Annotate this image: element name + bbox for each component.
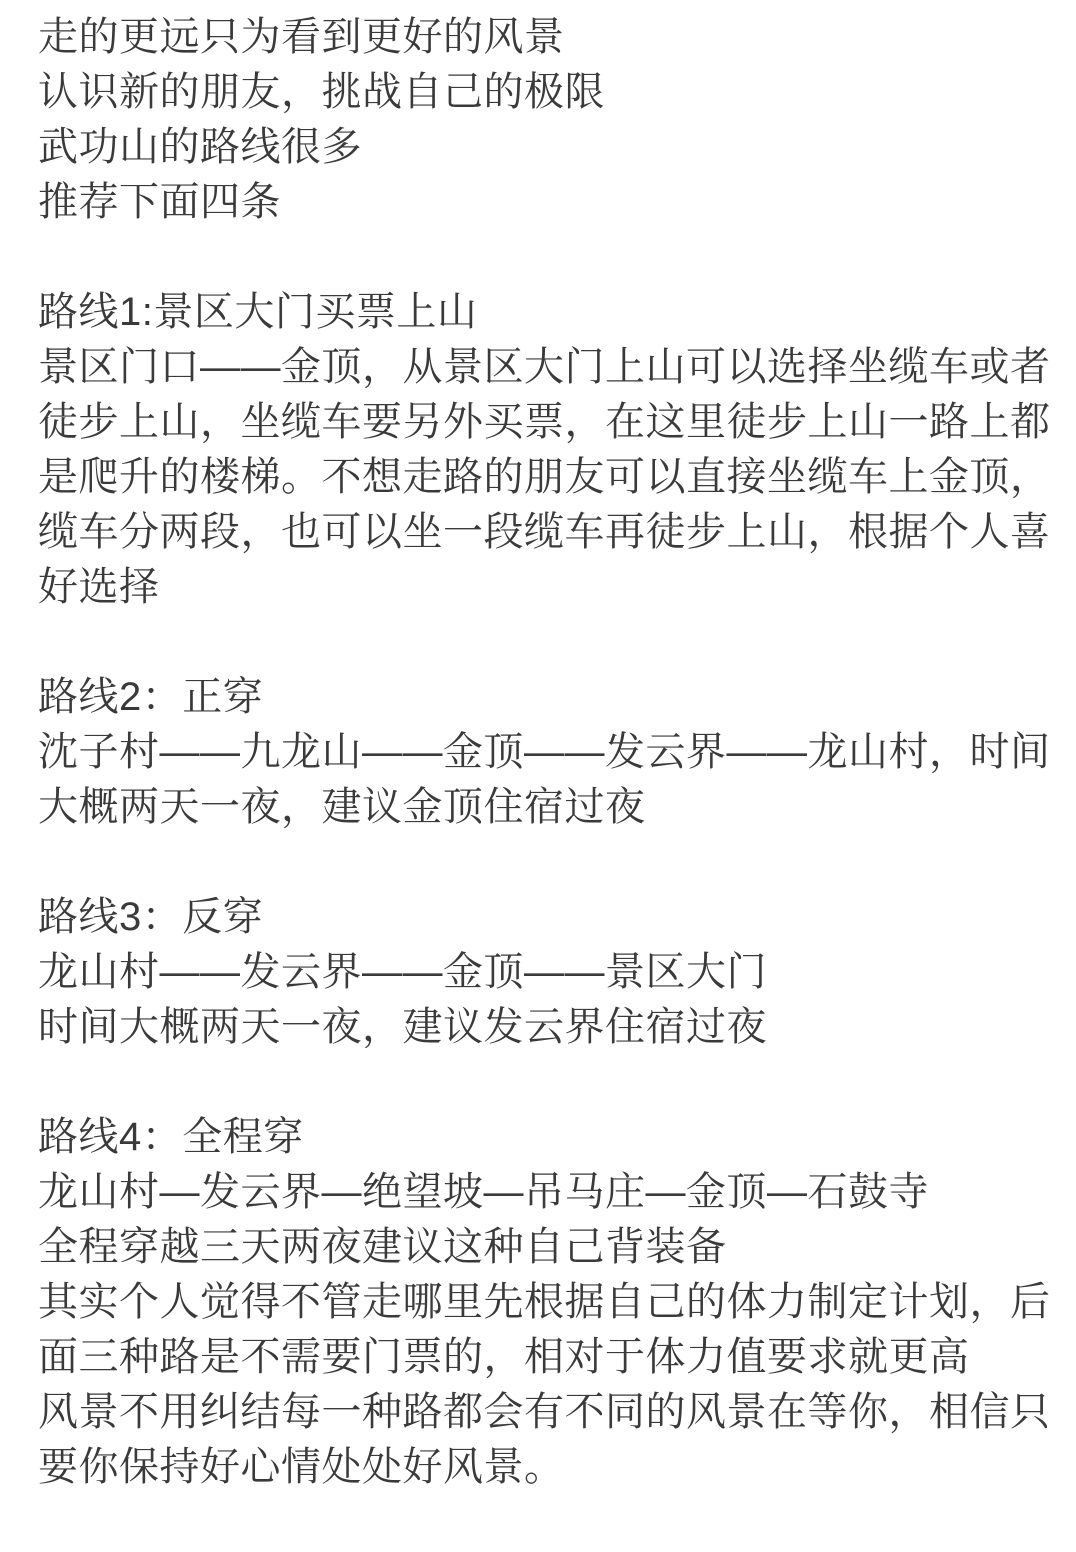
text-line: 沈子村——九龙山——金顶——发云界——龙山村，时间	[38, 725, 1040, 780]
route-section: 路线3：反穿龙山村——发云界——金顶——景区大门时间大概两天一夜，建议发云界住宿…	[38, 890, 1040, 1055]
text-line: 认识新的朋友，挑战自己的极限	[38, 65, 1040, 120]
text-line: 面三种路是不需要门票的，相对于体力值要求就更高	[38, 1330, 1040, 1385]
intro-paragraph: 走的更远只为看到更好的风景认识新的朋友，挑战自己的极限武功山的路线很多推荐下面四…	[38, 10, 1040, 230]
text-line: 推荐下面四条	[38, 175, 1040, 230]
text-line: 大概两天一夜，建议金顶住宿过夜	[38, 780, 1040, 835]
route-heading: 路线3：反穿	[38, 890, 1040, 945]
route-sections: 路线1:景区大门买票上山景区门口——金顶，从景区大门上山可以选择坐缆车或者徒步上…	[38, 285, 1040, 1275]
text-line: 景区门口——金顶，从景区大门上山可以选择坐缆车或者	[38, 340, 1040, 395]
route-heading: 路线1:景区大门买票上山	[38, 285, 1040, 340]
route-section: 路线1:景区大门买票上山景区门口——金顶，从景区大门上山可以选择坐缆车或者徒步上…	[38, 285, 1040, 615]
text-line: 缆车分两段，也可以坐一段缆车再徒步上山，根据个人喜	[38, 505, 1040, 560]
route-heading: 路线2：正穿	[38, 670, 1040, 725]
text-line: 其实个人觉得不管走哪里先根据自己的体力制定计划，后	[38, 1275, 1040, 1330]
closing-paragraph: 其实个人觉得不管走哪里先根据自己的体力制定计划，后面三种路是不需要门票的，相对于…	[38, 1275, 1040, 1495]
text-line: 武功山的路线很多	[38, 120, 1040, 175]
text-line: 时间大概两天一夜，建议发云界住宿过夜	[38, 1000, 1040, 1055]
text-line: 要你保持好心情处处好风景。	[38, 1440, 1040, 1495]
text-line: 龙山村—发云界—绝望坡—吊马庄—金顶—石鼓寺	[38, 1165, 1040, 1220]
text-line: 走的更远只为看到更好的风景	[38, 10, 1040, 65]
article-body: 走的更远只为看到更好的风景认识新的朋友，挑战自己的极限武功山的路线很多推荐下面四…	[0, 0, 1076, 1495]
text-line: 龙山村——发云界——金顶——景区大门	[38, 945, 1040, 1000]
text-line: 徒步上山，坐缆车要另外买票，在这里徒步上山一路上都	[38, 395, 1040, 450]
page: { "page": { "background_color": "#ffffff…	[0, 0, 1076, 1552]
text-line: 风景不用纠结每一种路都会有不同的风景在等你，相信只	[38, 1385, 1040, 1440]
route-heading: 路线4：全程穿	[38, 1110, 1040, 1165]
text-line: 全程穿越三天两夜建议这种自己背装备	[38, 1220, 1040, 1275]
text-line: 是爬升的楼梯。不想走路的朋友可以直接坐缆车上金顶，	[38, 450, 1040, 505]
route-section: 路线4：全程穿龙山村—发云界—绝望坡—吊马庄—金顶—石鼓寺全程穿越三天两夜建议这…	[38, 1110, 1040, 1275]
route-section: 路线2：正穿沈子村——九龙山——金顶——发云界——龙山村，时间大概两天一夜，建议…	[38, 670, 1040, 835]
text-line: 好选择	[38, 560, 1040, 615]
